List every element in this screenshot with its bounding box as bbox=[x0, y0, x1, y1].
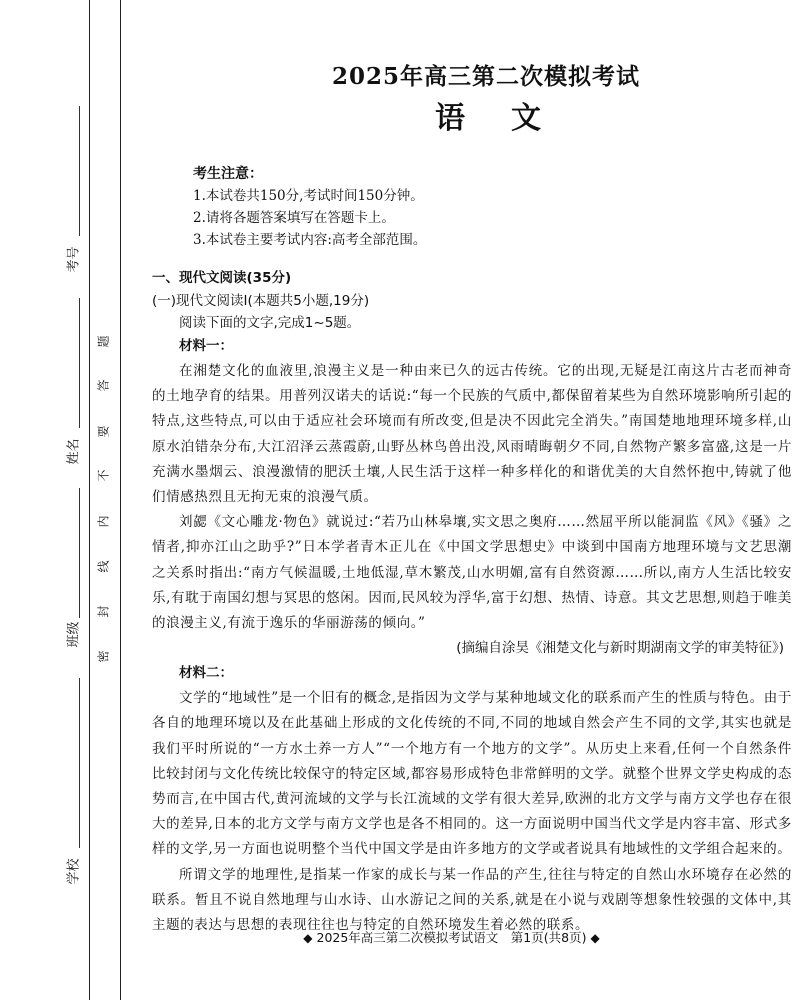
reading-instruction: 阅读下面的文字,完成1~5题。 bbox=[152, 312, 792, 335]
diamond-icon: ◆ bbox=[303, 931, 312, 945]
diamond-icon: ◆ bbox=[590, 931, 599, 945]
material-one-label: 材料一： bbox=[152, 335, 792, 358]
seal-char: 内 bbox=[95, 515, 112, 527]
material-two-label: 材料二： bbox=[152, 661, 792, 686]
seal-char: 答 bbox=[95, 379, 112, 391]
material-one-paragraph: 在湘楚文化的血液里,浪漫主义是一种由来已久的远古传统。它的出现,无疑是江南这片古… bbox=[152, 359, 792, 510]
seal-char: 线 bbox=[95, 560, 112, 572]
seal-char: 封 bbox=[95, 605, 112, 617]
name-label: 姓名 bbox=[63, 438, 82, 464]
notice-item: 3.本试卷主要考试内容:高考全部范围。 bbox=[193, 229, 792, 251]
section-modern-reading: 一、现代文阅读(35分) (一)现代文阅读Ⅰ(本题共5小题,19分) 阅读下面的… bbox=[152, 267, 792, 357]
notice-heading: 考生注意： bbox=[193, 163, 792, 185]
material-two-paragraph: 所谓文学的地理性,是指某一作家的成长与某一作品的产生,往往与特定的自然山水环境存… bbox=[152, 863, 792, 939]
class-fill-line[interactable] bbox=[79, 488, 80, 618]
exam-body: 2025年高三第二次模拟考试 语文 考生注意： 1.本试卷共150分,考试时间1… bbox=[160, 58, 792, 938]
notice-block: 考生注意： 1.本试卷共150分,考试时间150分钟。 2.请将各题答案填写在答… bbox=[193, 163, 792, 251]
binding-line-outer bbox=[89, 0, 90, 1000]
material-two-paragraph: 文学的“地域性”是一个旧有的概念,是指因为文学与某种地域文化的联系而产生的性质与… bbox=[152, 686, 792, 862]
notice-item: 2.请将各题答案填写在答题卡上。 bbox=[193, 207, 792, 229]
seal-char: 要 bbox=[95, 425, 112, 437]
sub-section-heading: (一)现代文阅读Ⅰ(本题共5小题,19分) bbox=[152, 290, 792, 313]
seal-char: 密 bbox=[95, 650, 112, 662]
exam-number-label: 考号 bbox=[63, 246, 82, 272]
notice-item: 1.本试卷共150分,考试时间150分钟。 bbox=[193, 185, 792, 207]
material-one-paragraph: 刘勰《文心雕龙·物色》就说过:“若乃山林皋壤,实文思之奥府……然屈平所以能洞监《… bbox=[152, 510, 792, 636]
material-one: 在湘楚文化的血液里,浪漫主义是一种由来已久的远古传统。它的出现,无疑是江南这片古… bbox=[152, 359, 792, 938]
page-footer: ◆ 2025年高三第二次模拟考试语文 第1页(共8页) ◆ bbox=[0, 928, 803, 946]
seal-char: 题 bbox=[95, 335, 112, 347]
class-label: 班级 bbox=[63, 621, 82, 647]
binding-strip: 考号 姓名 班级 学校 题 答 要 不 内 线 封 密 bbox=[0, 0, 140, 1000]
exam-title: 2025年高三第二次模拟考试 bbox=[180, 58, 792, 91]
school-label: 学校 bbox=[63, 858, 82, 884]
name-fill-line[interactable] bbox=[79, 298, 80, 428]
footer-text: 2025年高三第二次模拟考试语文 第1页(共8页) bbox=[317, 930, 587, 945]
school-fill-line[interactable] bbox=[79, 678, 80, 848]
subject-title: 语文 bbox=[230, 93, 792, 137]
binding-line-inner bbox=[120, 0, 121, 1000]
seal-char: 不 bbox=[95, 469, 112, 481]
exam-number-fill-line[interactable] bbox=[79, 106, 80, 236]
material-one-source: (摘编自涂昊《湘楚文化与新时期湖南文学的审美特征》) bbox=[152, 636, 792, 661]
section-heading: 一、现代文阅读(35分) bbox=[152, 267, 792, 290]
